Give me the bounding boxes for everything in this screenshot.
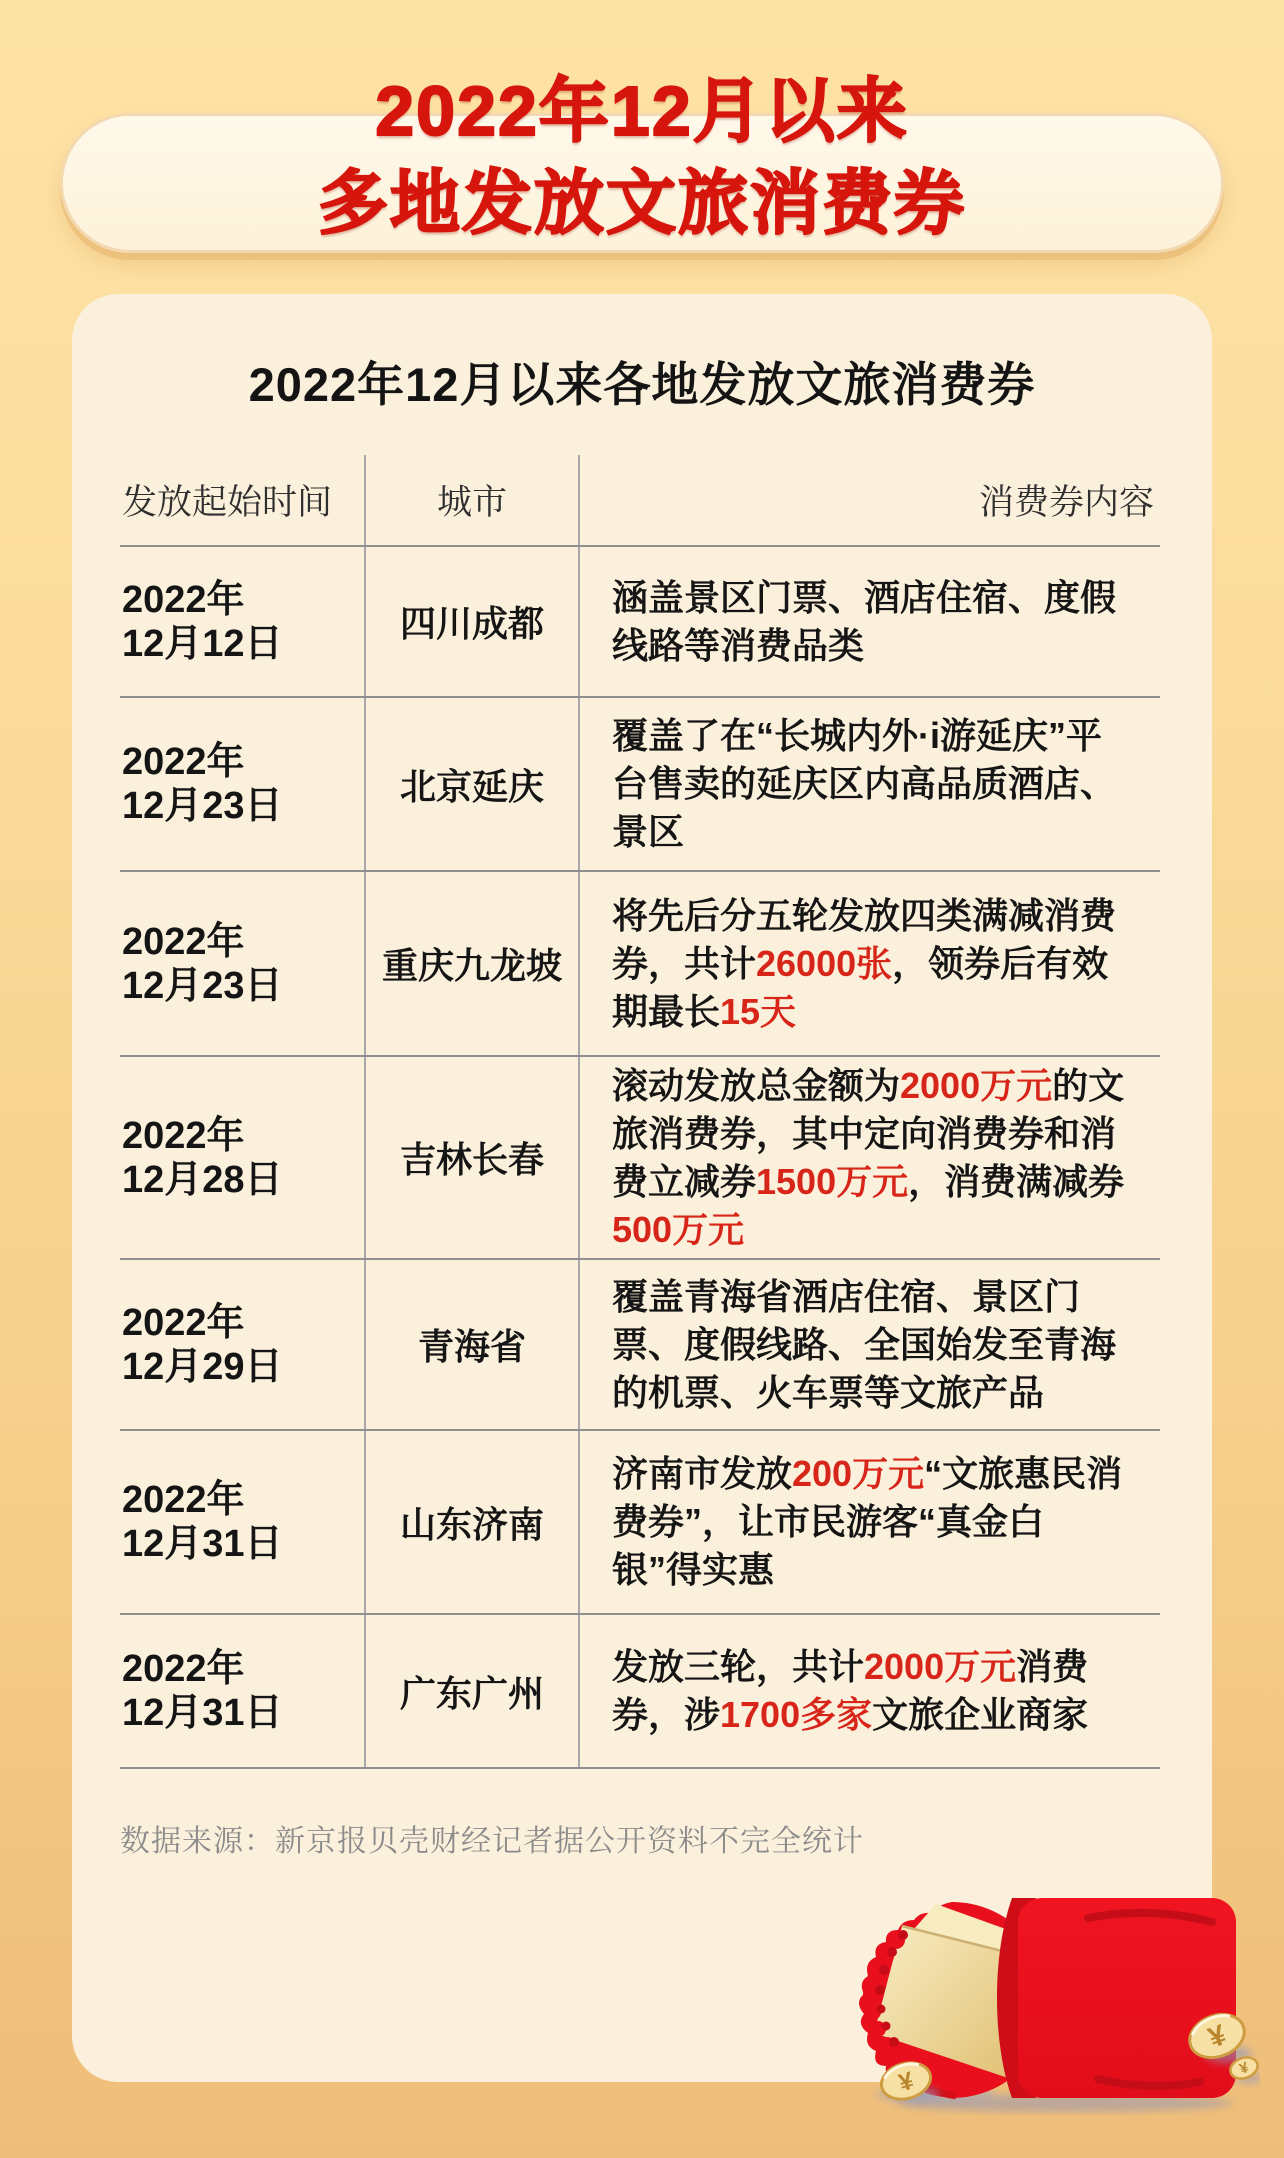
row-city-cell: 山东济南 (366, 1431, 580, 1613)
content-segment: ，消费满减券 (908, 1161, 1124, 1202)
row-content-text: 发放三轮，共计2000万元消费券，涉1700多家文旅企业商家 (612, 1643, 1132, 1739)
column-header-date: 发放起始时间 (120, 455, 366, 545)
table-row: 2022年12月12日四川成都涵盖景区门票、酒店住宿、度假线路等消费品类 (120, 547, 1160, 698)
row-city-cell: 青海省 (366, 1260, 580, 1429)
content-card: 2022年12月以来各地发放文旅消费券 发放起始时间 城市 消费券内容 2022… (72, 294, 1212, 2082)
table-row: 2022年12月31日山东济南济南市发放200万元“文旅惠民消费券”，让市民游客… (120, 1431, 1160, 1615)
table-row: 2022年12月29日青海省覆盖青海省酒店住宿、景区门票、度假线路、全国始发至青… (120, 1260, 1160, 1431)
content-segment: 覆盖青海省酒店住宿、景区门票、度假线路、全国始发至青海的机票、火车票等文旅产品 (612, 1276, 1116, 1413)
table-row: 2022年12月23日北京延庆覆盖了在“长城内外·i游延庆”平台售卖的延庆区内高… (120, 698, 1160, 872)
date-line: 2022年 (122, 740, 245, 784)
row-content-text: 覆盖了在“长城内外·i游延庆”平台售卖的延庆区内高品质酒店、景区 (612, 712, 1132, 856)
row-city-cell: 吉林长春 (366, 1057, 580, 1258)
row-city-cell: 北京延庆 (366, 698, 580, 870)
row-content-cell: 覆盖了在“长城内外·i游延庆”平台售卖的延庆区内高品质酒店、景区 (580, 698, 1160, 870)
row-date-cell: 2022年12月12日 (120, 547, 366, 696)
content-segment: 涵盖景区门票、酒店住宿、度假线路等消费品类 (612, 577, 1116, 666)
row-date-cell: 2022年12月29日 (120, 1260, 366, 1429)
date-line: 12月31日 (122, 1691, 283, 1735)
highlight-text: 500万元 (612, 1209, 744, 1250)
row-content-text: 滚动发放总金额为2000万元的文旅消费券，其中定向消费券和消费立减券1500万元… (612, 1062, 1132, 1254)
date-line: 2022年 (122, 1301, 245, 1345)
content-segment: 文旅企业商家 (872, 1694, 1088, 1735)
date-line: 12月23日 (122, 784, 283, 828)
date-line: 2022年 (122, 1478, 245, 1522)
date-line: 2022年 (122, 1114, 245, 1158)
row-content-cell: 将先后分五轮发放四类满减消费券，共计26000张，领券后有效期最长15天 (580, 872, 1160, 1055)
row-content-cell: 滚动发放总金额为2000万元的文旅消费券，其中定向消费券和消费立减券1500万元… (580, 1057, 1160, 1258)
row-city-cell: 重庆九龙坡 (366, 872, 580, 1055)
content-segment: 覆盖了在“长城内外·i游延庆”平台售卖的延庆区内高品质酒店、景区 (612, 715, 1116, 852)
row-content-cell: 发放三轮，共计2000万元消费券，涉1700多家文旅企业商家 (580, 1615, 1160, 1767)
row-date-cell: 2022年12月23日 (120, 698, 366, 870)
date-line: 12月29日 (122, 1345, 283, 1389)
row-content-cell: 涵盖景区门票、酒店住宿、度假线路等消费品类 (580, 547, 1160, 696)
highlight-text: 200万元 (792, 1453, 924, 1494)
date-line: 2022年 (122, 920, 245, 964)
row-date-cell: 2022年12月23日 (120, 872, 366, 1055)
date-line: 12月12日 (122, 622, 283, 666)
row-date-cell: 2022年12月28日 (120, 1057, 366, 1258)
row-content-text: 涵盖景区门票、酒店住宿、度假线路等消费品类 (612, 574, 1132, 670)
date-line: 2022年 (122, 1647, 245, 1691)
row-content-text: 覆盖青海省酒店住宿、景区门票、度假线路、全国始发至青海的机票、火车票等文旅产品 (612, 1273, 1132, 1417)
content-segment: 发放三轮，共计 (612, 1646, 864, 1687)
table-header-row: 发放起始时间 城市 消费券内容 (120, 455, 1160, 547)
table-body: 2022年12月12日四川成都涵盖景区门票、酒店住宿、度假线路等消费品类2022… (120, 547, 1160, 1769)
poster-title-line1: 2022年12月以来 (0, 74, 1284, 148)
row-content-text: 将先后分五轮发放四类满减消费券，共计26000张，领券后有效期最长15天 (612, 892, 1132, 1036)
voucher-table: 发放起始时间 城市 消费券内容 2022年12月12日四川成都涵盖景区门票、酒店… (120, 455, 1160, 1769)
poster-title-line2: 多地发放文旅消费券 (0, 166, 1284, 240)
table-row: 2022年12月23日重庆九龙坡将先后分五轮发放四类满减消费券，共计26000张… (120, 872, 1160, 1057)
date-line: 2022年 (122, 578, 245, 622)
red-envelope-illustration: ¥ ¥ ¥ (840, 1890, 1260, 2115)
date-line: 12月28日 (122, 1158, 283, 1202)
content-segment: 滚动发放总金额为 (612, 1065, 900, 1106)
row-content-text: 济南市发放200万元“文旅惠民消费券”，让市民游客“真金白银”得实惠 (612, 1450, 1132, 1594)
data-source-note: 数据来源：新京报贝壳财经记者据公开资料不完全统计 (120, 1816, 864, 1860)
highlight-text: 2000万元 (900, 1065, 1052, 1106)
column-header-content: 消费券内容 (580, 455, 1160, 545)
column-header-city: 城市 (366, 455, 580, 545)
content-segment: 济南市发放 (612, 1453, 792, 1494)
highlight-text: 1700多家 (720, 1694, 872, 1735)
row-content-cell: 覆盖青海省酒店住宿、景区门票、度假线路、全国始发至青海的机票、火车票等文旅产品 (580, 1260, 1160, 1429)
table-row: 2022年12月28日吉林长春滚动发放总金额为2000万元的文旅消费券，其中定向… (120, 1057, 1160, 1260)
highlight-text: 26000张 (756, 943, 892, 984)
row-content-cell: 济南市发放200万元“文旅惠民消费券”，让市民游客“真金白银”得实惠 (580, 1431, 1160, 1613)
row-date-cell: 2022年12月31日 (120, 1431, 366, 1613)
highlight-text: 1500万元 (756, 1161, 908, 1202)
envelope-body (997, 1898, 1236, 2098)
row-city-cell: 广东广州 (366, 1615, 580, 1767)
table-title: 2022年12月以来各地发放文旅消费券 (72, 348, 1212, 415)
highlight-text: 15天 (720, 991, 796, 1032)
table-row: 2022年12月31日广东广州发放三轮，共计2000万元消费券，涉1700多家文… (120, 1615, 1160, 1769)
highlight-text: 2000万元 (864, 1646, 1016, 1687)
row-date-cell: 2022年12月31日 (120, 1615, 366, 1767)
date-line: 12月23日 (122, 964, 283, 1008)
date-line: 12月31日 (122, 1522, 283, 1566)
row-city-cell: 四川成都 (366, 547, 580, 696)
